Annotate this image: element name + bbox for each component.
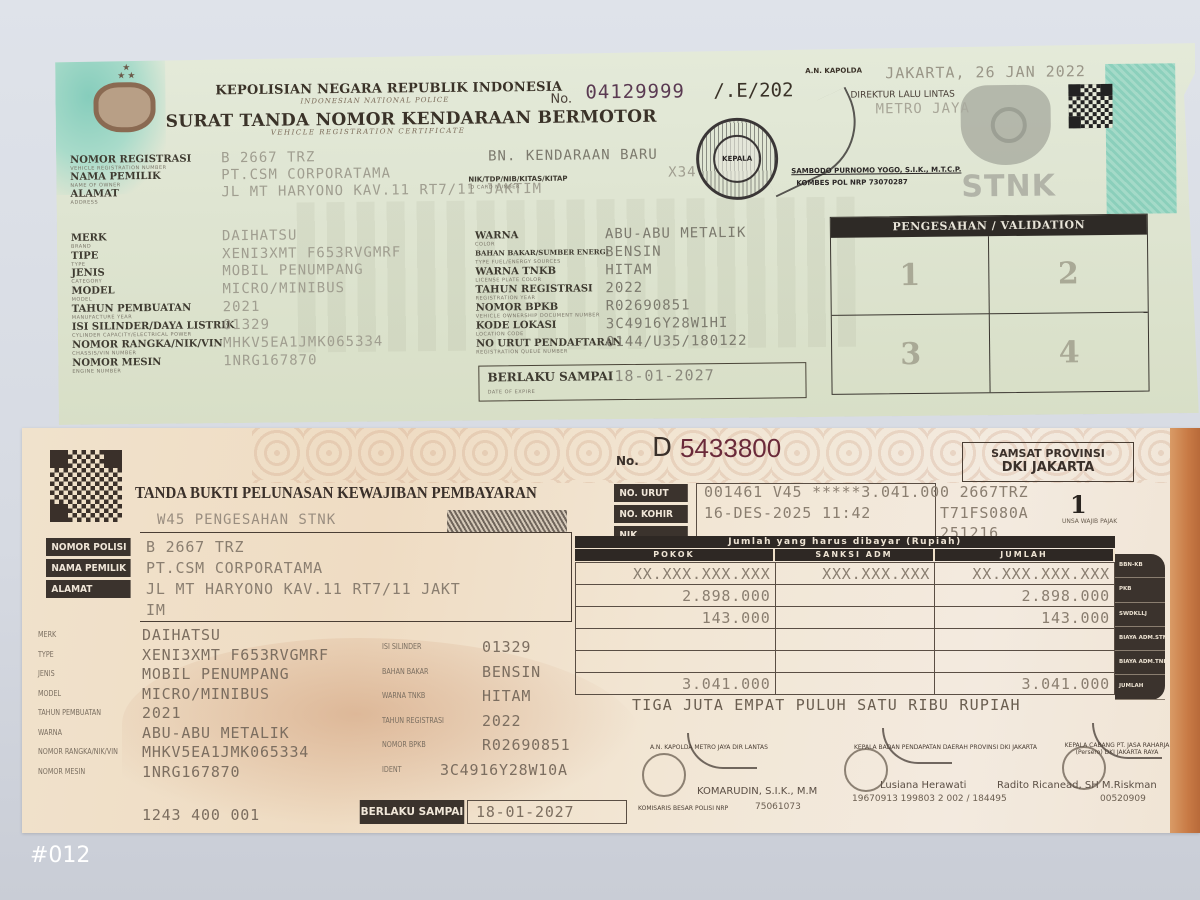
stnk-field-sublabel: REGISTRATION QUEUE NUMBER <box>476 349 568 356</box>
qr-code-icon <box>50 450 122 522</box>
payment-row <box>576 651 1115 673</box>
validation-box: PENGESAHAN / VALIDATION 1 2 3 4 <box>830 214 1150 395</box>
validation-cell-4: 4 <box>990 313 1149 393</box>
stnk-field-label: NOMOR RANGKA/NIK/VIN <box>72 338 223 351</box>
receipt-expiry-date: 18-01-2027 <box>467 800 627 824</box>
stnk-field-sublabel: TYPE FUEL/ENERGY SOURCES <box>475 259 561 266</box>
payment-row: 2.898.0002.898.000 <box>576 585 1115 607</box>
official-1-title: A.N. KAPOLDA METRO JAYA DIR LANTAS <box>650 744 768 751</box>
stnk-field-sublabel: ADDRESS <box>71 200 99 206</box>
stnk-field-value: MOBIL PENUMPANG <box>222 262 364 279</box>
vehicle-value: R02690851 <box>482 736 570 754</box>
jumlah-cell: XX.XXX.XXX.XXX <box>935 563 1115 585</box>
stnk-field-value: DAIHATSU <box>222 227 298 244</box>
stnk-field-value: 0144/U35/180122 <box>606 333 748 350</box>
stnk-field-value: MICRO/MINIBUS <box>222 280 345 297</box>
official-2-nip: 19670913 199803 2 002 / 184495 <box>852 794 1007 804</box>
owner-address: JL MT HARYONO KAV.11 RT7/11 JAKT <box>146 580 461 598</box>
vehicle-label: TAHUN REGISTRASI <box>382 716 444 725</box>
vehicle-value: XENI3XMT F653RVGMRF <box>142 646 329 664</box>
unit-label: UNSA WAJIB PAJAK <box>1062 518 1117 525</box>
tag-no-kohir: NO. KOHIR <box>614 505 688 523</box>
stnk-field-label: NOMOR BPKB <box>476 302 559 314</box>
doc-number-suffix: /.E/202 <box>713 79 793 102</box>
pokok-cell <box>576 629 776 651</box>
stnk-watermark: STNK <box>961 169 1056 205</box>
issuer-an: A.N. KAPOLDA <box>805 67 862 76</box>
stnk-field-label: WARNA <box>475 230 519 241</box>
official-2-title: KEPALA BADAN PENDAPATAN DAERAH PROVINSI … <box>854 744 1037 751</box>
issuer-title: DIREKTUR LALU LINTAS <box>850 90 954 101</box>
stnk-field-label: ISI SILINDER/DAYA LISTRIK <box>72 320 235 333</box>
receipt-edge <box>1170 428 1200 833</box>
vehicle-label: JENIS <box>38 669 55 678</box>
no-kohir-value: 16-DES-2025 11:42 <box>704 504 871 522</box>
official-3-title: KEPALA CABANG PT. JASA RAHARJA (Persero)… <box>1057 742 1177 756</box>
stnk-field-value: 01329 <box>223 317 270 333</box>
vehicle-label: BAHAN BAKAR <box>382 667 428 676</box>
vehicle-label: WARNA <box>38 728 62 737</box>
stnk-field-value: HITAM <box>605 262 652 278</box>
stnk-certificate: ★★★ KEPOLISIAN NEGARA REPUBLIK INDONESIA… <box>55 43 1199 425</box>
stnk-field-label: NO URUT PENDAFTARAN <box>476 337 622 350</box>
samsat-line2: DKI JAKARTA <box>963 460 1133 475</box>
jumlah-cell <box>935 629 1115 651</box>
vehicle-extra-code: 1243 400 001 <box>142 806 260 824</box>
expiry-sub: DATE OF EXPIRE <box>488 389 536 395</box>
receipt-no-prefix: D <box>652 433 672 463</box>
stnk-field-label: JENIS <box>71 267 105 278</box>
sanksi-cell <box>775 585 935 607</box>
payment-row-tag: JUMLAH <box>1115 675 1165 699</box>
no-urut-value: 001461 V45 *****3.041.000 2667TRZ <box>704 483 1028 501</box>
tag-nomor-polisi: NOMOR POLISI <box>46 538 131 556</box>
sanksi-cell <box>775 629 935 651</box>
stars-icon: ★★★ <box>117 64 137 80</box>
vehicle-value: 3C4916Y28W10A <box>440 761 568 779</box>
expiry-box: BERLAKU SAMPAI DATE OF EXPIRE 18-01-2027 <box>478 362 806 401</box>
signatory-name: SAMBODO PURNOMO YOGO, S.I.K., M.T.C.P. <box>791 166 961 176</box>
stnk-field-value: BENSIN <box>605 244 662 261</box>
expiry-date: 18-01-2027 <box>614 366 714 385</box>
vehicle-value: MHKV5EA1JMK065334 <box>142 743 309 761</box>
vehicle-value: 2021 <box>142 704 181 722</box>
samsat-box: SAMSAT PROVINSI DKI JAKARTA <box>962 442 1134 482</box>
owner-name: PT.CSM CORPORATAMA <box>146 559 323 577</box>
stnk-field-label: TIPE <box>71 251 98 262</box>
background-watermark <box>297 197 859 353</box>
col-sanksi: SANKSI ADM <box>775 549 935 561</box>
stnk-field-label: WARNA TNKB <box>475 266 556 278</box>
vehicle-value: BENSIN <box>482 663 541 681</box>
stnk-field-label: NAMA PEMILIK <box>70 171 161 183</box>
payment-row: XX.XXX.XXX.XXXXXX.XXX.XXXXX.XXX.XXX.XXX <box>576 563 1115 585</box>
stnk-field-value: ABU-ABU METALIK <box>605 225 747 242</box>
vehicle-value: HITAM <box>482 687 531 705</box>
official-3-name: Radito Ricanead, SH M.Riskman <box>997 780 1157 791</box>
official-2-name: Lusiana Herawati <box>880 780 966 791</box>
vehicle-value: MOBIL PENUMPANG <box>142 665 289 683</box>
jumlah-cell <box>935 651 1115 673</box>
tag-no-urut: NO. URUT <box>614 484 688 502</box>
vehicle-label: TYPE <box>38 650 54 659</box>
samsat-line1: SAMSAT PROVINSI <box>963 447 1133 460</box>
stnk-field-sublabel: CHASSIS/VIN NUMBER <box>72 350 136 357</box>
nik-value: X34 <box>668 164 696 180</box>
payment-table: XX.XXX.XXX.XXXXXX.XXX.XXXXX.XXX.XXX.XXX2… <box>575 562 1115 695</box>
vehicle-label: WARNA TNKB <box>382 691 425 700</box>
stnk-field-label: BAHAN BAKAR/SUMBER ENERGI <box>475 247 609 257</box>
stnk-field-sublabel: COLOR <box>475 241 495 247</box>
jumlah-cell: 2.898.000 <box>935 585 1115 607</box>
stnk-field-label: TAHUN PEMBUATAN <box>72 303 192 315</box>
pokok-cell: 3.041.000 <box>576 673 776 695</box>
vehicle-value: 2022 <box>482 712 521 730</box>
official-3-id: 00520909 <box>1100 794 1146 804</box>
issue-place-date: JAKARTA, 26 JAN 2022 <box>885 62 1086 82</box>
code-1: T71FS080A <box>940 504 1028 522</box>
col-jumlah: JUMLAH <box>935 549 1115 561</box>
issuer-region: METRO JAYA <box>876 100 970 117</box>
stnk-field-value: 3C4916Y28W1HI <box>606 315 729 332</box>
payment-row <box>576 629 1115 651</box>
vehicle-value: 1NRG167870 <box>142 763 240 781</box>
sanksi-cell <box>775 651 935 673</box>
security-barcode-icon <box>447 510 567 532</box>
qr-code-icon <box>1068 84 1112 128</box>
stnk-emblem-icon <box>960 85 1051 166</box>
registration-status: BN. KENDARAAN BARU <box>488 147 658 165</box>
receipt-title: TANDA BUKTI PELUNASAN KEWAJIBAN PEMBAYAR… <box>135 483 537 503</box>
stnk-field-value: 2021 <box>223 299 261 315</box>
stnk-field-label: KODE LOKASI <box>476 320 557 332</box>
jumlah-cell: 3.041.000 <box>935 673 1115 695</box>
stnk-field-value: PT.CSM CORPORATAMA <box>221 165 391 183</box>
tag-nama-pemilik: NAMA PEMILIK <box>46 559 131 577</box>
payment-row-tags: BBN-KBPKBSWDKLLJBIAYA ADM.STNKBIAYA ADM.… <box>1115 554 1165 700</box>
stnk-field-sublabel: MODEL <box>72 297 93 303</box>
nik-sub: ID CARD NUMBER <box>468 184 520 191</box>
stnk-field-sublabel: LOCATION CODE <box>476 331 524 338</box>
stnk-field-label: NOMOR REGISTRASI <box>70 154 191 166</box>
seal-police-icon <box>642 753 686 797</box>
nik-label: NIK/TDP/NIB/KITAS/KITAP <box>468 175 567 184</box>
stnk-field-sublabel: CYLINDER CAPACITY/ELECTRICAL POWER <box>72 332 192 339</box>
pokok-cell: XX.XXX.XXX.XXX <box>576 563 776 585</box>
vehicle-label: TAHUN PEMBUATAN <box>38 708 101 717</box>
security-pattern-right <box>1105 63 1177 214</box>
vehicle-label: NOMOR BPKB <box>382 740 426 749</box>
vehicle-label: MODEL <box>38 689 61 698</box>
payment-row-tag: BBN-KB <box>1115 554 1165 578</box>
stnk-field-sublabel: LICENSE PLATE COLOR <box>475 277 541 284</box>
receipt-subtitle: W45 PENGESAHAN STNK <box>157 512 336 528</box>
stnk-field-label: NOMOR MESIN <box>72 357 161 369</box>
validation-grid: 1 2 3 4 <box>831 235 1149 394</box>
payment-row-tag: BIAYA ADM.STNK <box>1115 627 1165 651</box>
header-police-en: INDONESIAN NATIONAL POLICE <box>300 96 449 106</box>
col-pokok: POKOK <box>575 549 775 561</box>
pokok-cell: 2.898.000 <box>576 585 776 607</box>
stnk-field-sublabel: ENGINE NUMBER <box>72 368 121 375</box>
unit-number: 1 <box>1070 490 1087 519</box>
stnk-field-sublabel: REGISTRATION YEAR <box>476 295 536 302</box>
doc-number-label: No. <box>550 92 572 107</box>
stnk-field-label: ALAMAT <box>70 188 118 200</box>
receipt-no-label: No. <box>616 454 639 468</box>
pokok-cell: 143.000 <box>576 607 776 629</box>
payment-row: 3.041.0003.041.000 <box>576 673 1115 695</box>
stnk-field-label: TAHUN REGISTRASI <box>475 283 592 295</box>
validation-cell-2: 2 <box>989 235 1148 315</box>
payment-row: 143.000143.000 <box>576 607 1115 629</box>
pokok-cell <box>576 651 776 673</box>
vehicle-fields-right: WARNACOLORABU-ABU METALIKBAHAN BAKAR/SUM… <box>55 43 1195 55</box>
signatory-rank: KOMBES POL NRP 73070287 <box>796 178 907 187</box>
owner-plate: B 2667 TRZ <box>146 538 244 556</box>
vehicle-label: NOMOR MESIN <box>38 767 85 776</box>
stnk-field-value: XENI3XMT F653RVGMRF <box>222 244 401 262</box>
vehicle-label: NOMOR RANGKA/NIK/VIN <box>38 747 118 756</box>
validation-cell-1: 1 <box>831 236 990 316</box>
validation-cell-3: 3 <box>832 314 991 394</box>
sanksi-cell <box>775 607 935 629</box>
vehicle-label: ISI SILINDER <box>382 642 421 651</box>
payment-header: Jumlah yang harus dibayar (Rupiah) <box>575 536 1115 548</box>
official-1-nrp: 75061073 <box>755 802 801 812</box>
stnk-field-sublabel: CATEGORY <box>71 279 102 285</box>
expiry-label: BERLAKU SAMPAI <box>487 369 613 384</box>
vehicle-value: MICRO/MINIBUS <box>142 685 270 703</box>
owner-address-cont: IM <box>146 601 166 619</box>
payment-receipt: TANDA BUKTI PELUNASAN KEWAJIBAN PEMBAYAR… <box>22 428 1200 833</box>
payment-row-tag: BIAYA ADM.TNKB <box>1115 651 1165 675</box>
doc-number: 04129999 <box>585 80 685 103</box>
stnk-field-value: 1NRG167870 <box>223 352 317 369</box>
stnk-field-sublabel: VEHICLE OWNERSHIP DOCUMENT NUMBER <box>476 312 600 319</box>
signature-icon <box>687 733 757 769</box>
sanksi-cell <box>775 673 935 695</box>
document-title-en: VEHICLE REGISTRATION CERTIFICATE <box>271 127 466 137</box>
sanksi-cell: XXX.XXX.XXX <box>775 563 935 585</box>
amount-in-words: TIGA JUTA EMPAT PULUH SATU RIBU RUPIAH <box>632 696 1021 714</box>
tag-alamat: ALAMAT <box>46 580 131 598</box>
official-1-name: KOMARUDIN, S.I.K., M.M <box>697 786 817 797</box>
payment-row-tag: SWDKLLJ <box>1115 603 1165 627</box>
stnk-field-label: MERK <box>71 232 107 243</box>
stnk-field-value: MHKV5EA1JMK065334 <box>223 334 383 352</box>
stnk-field-value: R02690851 <box>606 297 691 314</box>
payment-columns: POKOK SANKSI ADM JUMLAH <box>575 549 1115 561</box>
stnk-field-sublabel: MANUFACTURE YEAR <box>72 314 132 321</box>
vehicle-fields-left: NOMOR REGISTRASIVEHICLE REGISTRATION NUM… <box>55 43 1195 55</box>
stnk-field-label: MODEL <box>71 285 114 296</box>
vehicle-label: IDENT <box>382 765 402 774</box>
vehicle-value: 01329 <box>482 638 531 656</box>
payment-row-tag: PKB <box>1115 578 1165 602</box>
receipt-number: 5433800 <box>680 433 781 464</box>
police-emblem-icon <box>93 82 156 133</box>
photo-label: #012 <box>30 843 90 868</box>
jumlah-cell: 143.000 <box>935 607 1115 629</box>
receipt-expiry-label: BERLAKU SAMPAI <box>360 800 465 824</box>
vehicle-value: ABU-ABU METALIK <box>142 724 289 742</box>
vehicle-label: MERK <box>38 630 56 639</box>
official-1-sub-label: KOMISARIS BESAR POLISI NRP <box>638 805 728 812</box>
vehicle-value: DAIHATSU <box>142 626 221 644</box>
stnk-field-sublabel: BRAND <box>71 244 91 250</box>
stnk-field-value: 2022 <box>605 280 643 296</box>
stnk-field-value: B 2667 TRZ <box>221 149 315 166</box>
